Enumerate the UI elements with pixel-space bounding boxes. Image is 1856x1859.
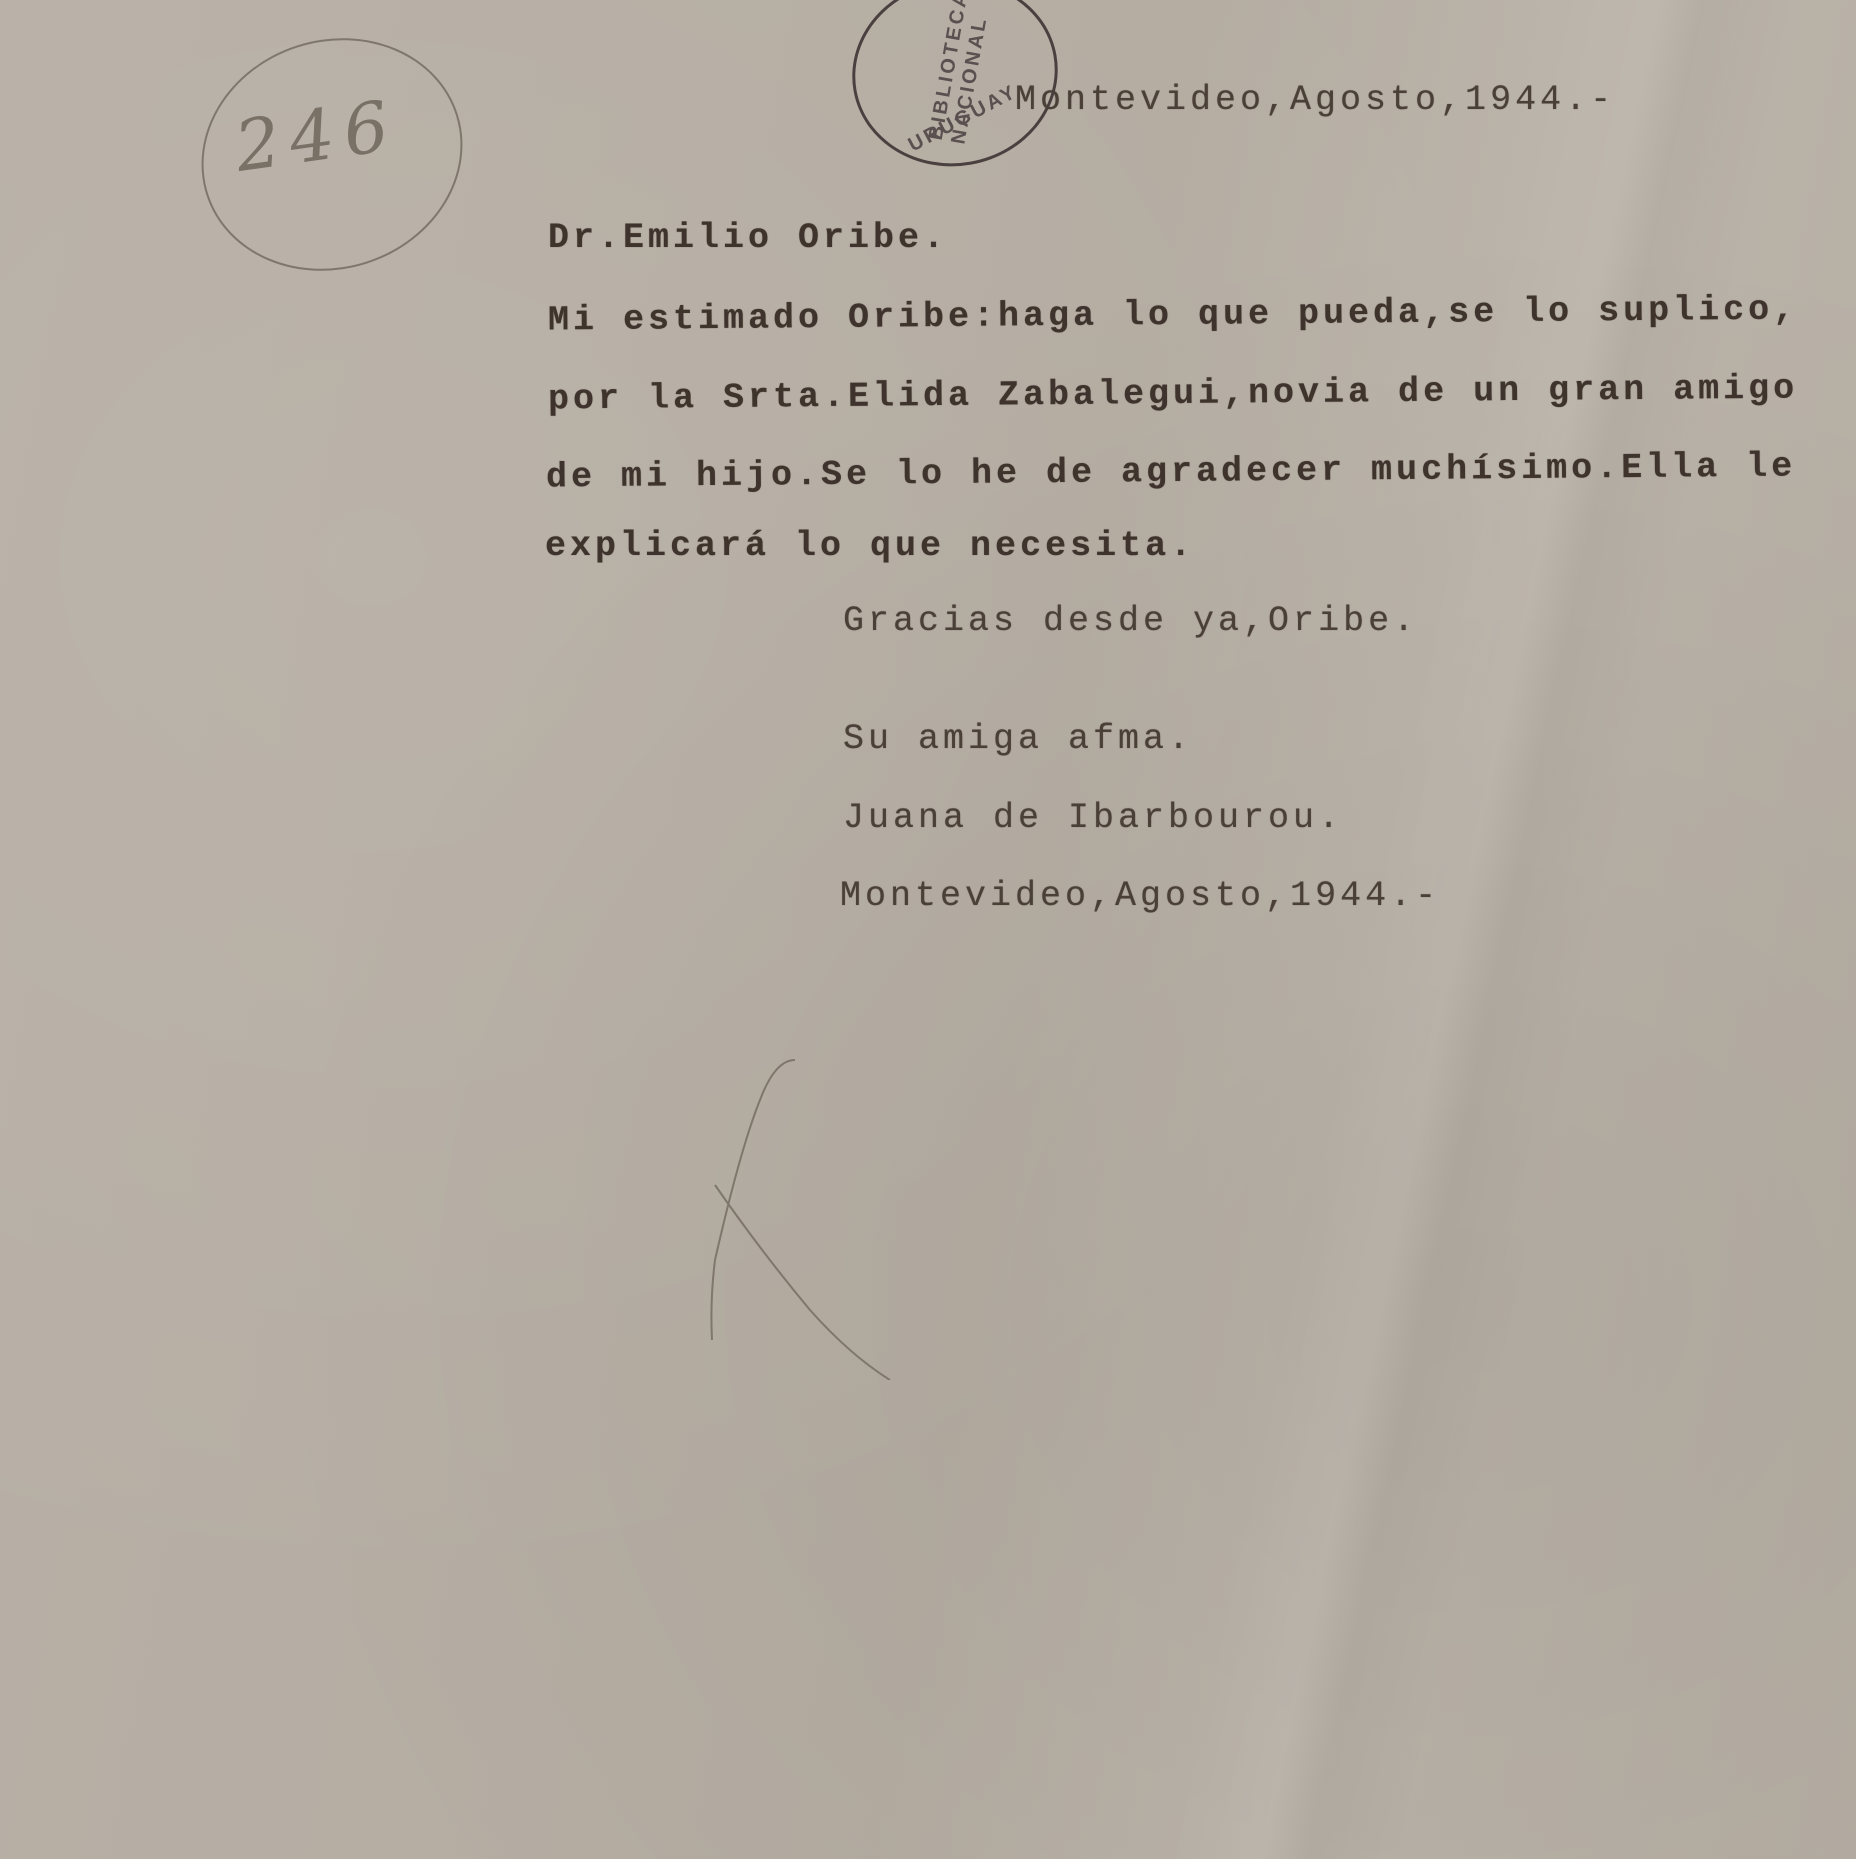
thanks-line: Gracias desde ya,Oribe. (843, 601, 1418, 641)
footer-date: Montevideo,Agosto,1944.- (840, 876, 1440, 916)
pencil-mark (700, 1040, 960, 1380)
header-date: Montevideo,Agosto,1944.- (1015, 80, 1615, 120)
closing-line: Su amiga afma. (843, 719, 1193, 759)
body-line-4: explicará lo que necesita. (545, 526, 1195, 566)
recipient: Dr.Emilio Oribe. (548, 218, 948, 258)
signature: Juana de Ibarbourou. (843, 798, 1343, 838)
